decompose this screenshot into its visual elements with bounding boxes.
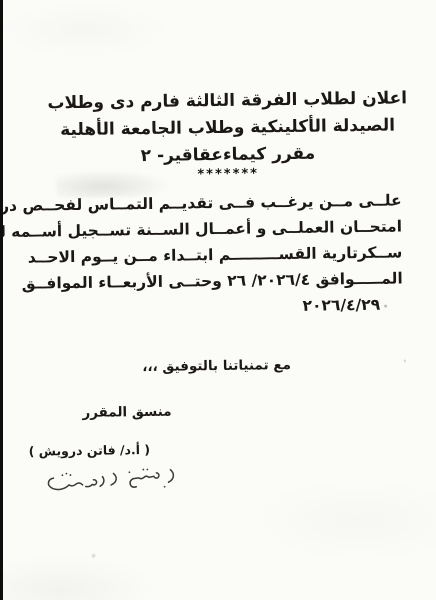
body-line-5: ٢٠٢٦/٤/٢٩: [45, 291, 403, 322]
document-content: اعلان لطلاب الفرقة الثالثة فارم دى وطلاب…: [0, 0, 436, 600]
body-line-4-text: المـــــوافق: [310, 269, 403, 288]
scan-speck-artifact: [92, 554, 96, 558]
announcement-title: اعلان لطلاب الفرقة الثالثة فارم دى وطلاب…: [37, 85, 418, 171]
signoff-role: منسق المقرر: [82, 404, 171, 421]
date-from: ٢٠٢٦/٤/ ٢٦: [227, 271, 310, 290]
title-line-2: الصيدلة الأكلينكية وطلاب الجامعة الأهلية: [37, 112, 417, 144]
closing-wishes: مع تمنياتنا بالتوفيق ،،،: [142, 357, 291, 375]
handwritten-signature: [30, 461, 181, 505]
signoff-name: ( أ.د/ فاتن درويش ): [29, 442, 151, 459]
body-line-4-tail: وحتــى الأربعــاء الموافــق: [22, 272, 228, 293]
date-to: ٢٠٢٦/٤/٢٩: [302, 296, 380, 315]
scanned-announcement-page: اعلان لطلاب الفرقة الثالثة فارم دى وطلاب…: [0, 0, 436, 600]
scan-edge-artifact: [0, 0, 3, 600]
announcement-body: علــى مــن يرغــب فــى تقديــم التمــاس …: [43, 187, 403, 322]
scan-speck-artifact: [404, 359, 406, 362]
